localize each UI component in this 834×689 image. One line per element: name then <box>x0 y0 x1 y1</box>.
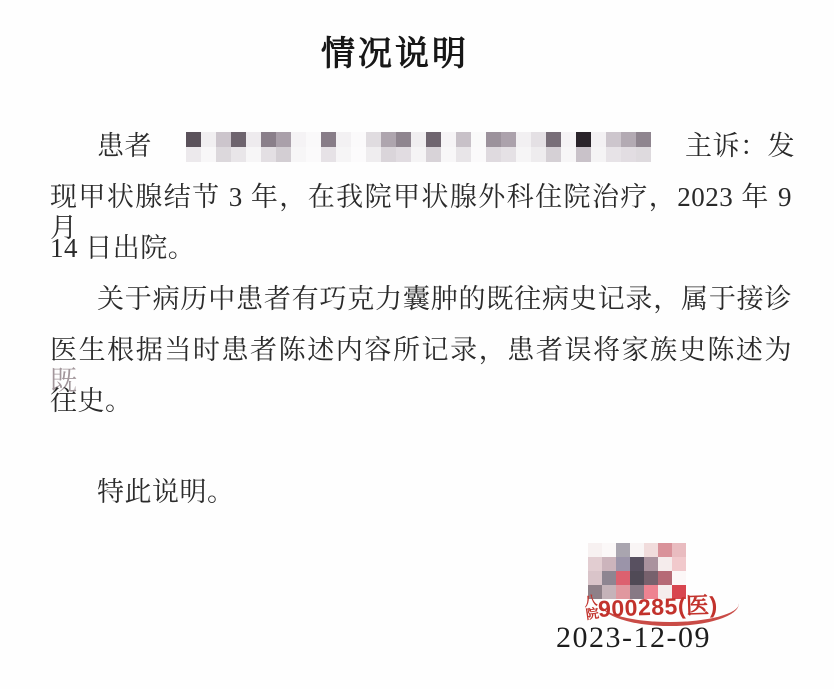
redacted-patient-info-mosaic <box>186 132 651 162</box>
seal-prefix-text: 八院 <box>581 593 599 623</box>
stamp-date: 2023-12-09 <box>556 621 711 655</box>
patient-lead-text: 患者 <box>97 131 152 162</box>
paragraph2-line2-main: 医生根据当时患者陈述内容所记录，患者误将家族史陈述为 <box>50 335 792 365</box>
paragraph2-line1: 关于病历中患者有巧克力囊肿的既往病史记录，属于接诊 <box>50 284 792 315</box>
closing-statement: 特此说明。 <box>97 477 497 508</box>
paragraph2-line3: 往史。 <box>50 386 792 417</box>
chief-complaint-text: 主诉：发 <box>685 131 795 162</box>
paragraph1-line3: 14 日出院。 <box>50 233 792 264</box>
document-page: 情况说明 患者 主诉：发 现甲状腺结节 3 年，在我院甲状腺外科住院治疗，202… <box>0 0 834 689</box>
document-title: 情况说明 <box>0 26 790 75</box>
paragraph1-line1: 患者 主诉：发 <box>97 131 795 162</box>
